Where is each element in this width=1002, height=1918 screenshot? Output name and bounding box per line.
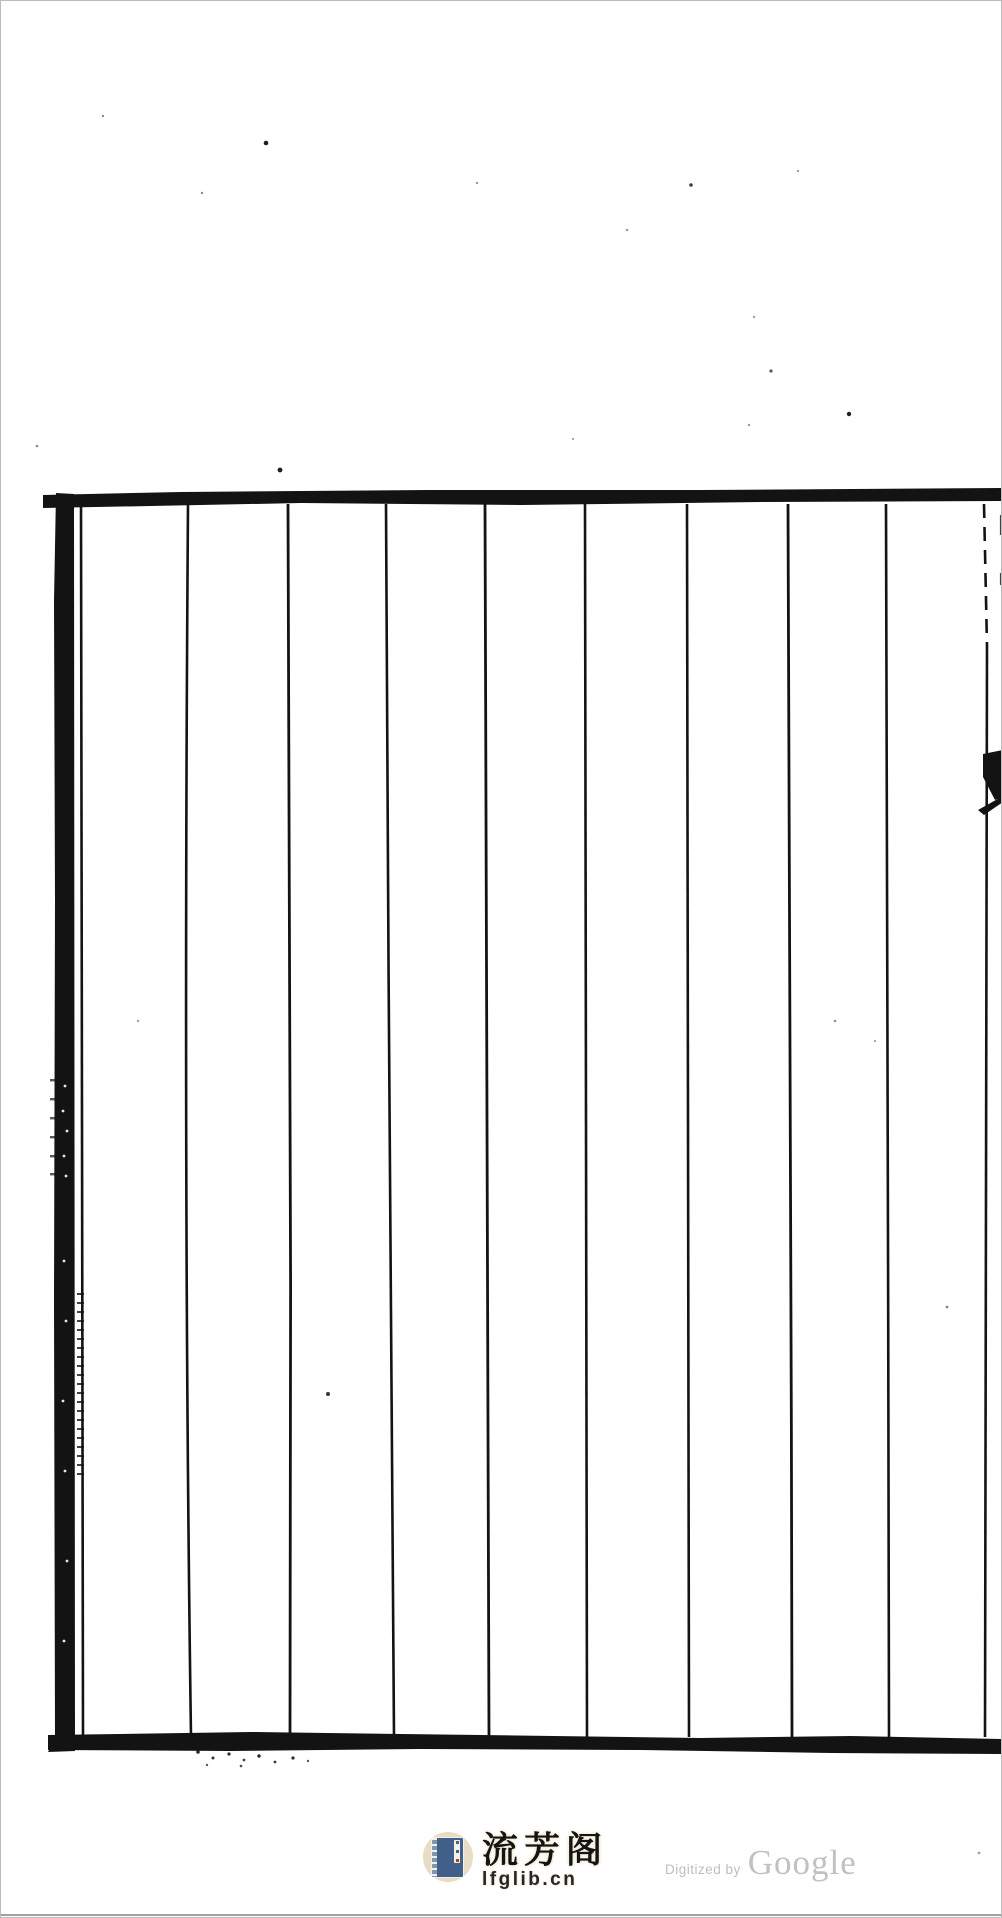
google-watermark: Digitized by Google (665, 1844, 857, 1882)
lfglib-logo-icon (423, 1832, 473, 1882)
woodblock-frame-art (1, 1, 1002, 1918)
scanned-page: 流芳阁 lfglib.cn Digitized by Google (0, 0, 1002, 1918)
page-bottom-edge (1, 1914, 1001, 1916)
book-stitch-decoration (432, 1838, 437, 1877)
book-title-label (454, 1840, 460, 1863)
lfglib-domain: lfglib.cn (482, 1870, 608, 1890)
book-icon (432, 1838, 463, 1877)
lfglib-watermark: 流芳阁 lfglib.cn (423, 1832, 608, 1890)
lfglib-title: 流芳阁 (482, 1832, 608, 1870)
google-logo-text: Google (748, 1844, 857, 1882)
digitized-by-text: Digitized by (665, 1862, 741, 1877)
